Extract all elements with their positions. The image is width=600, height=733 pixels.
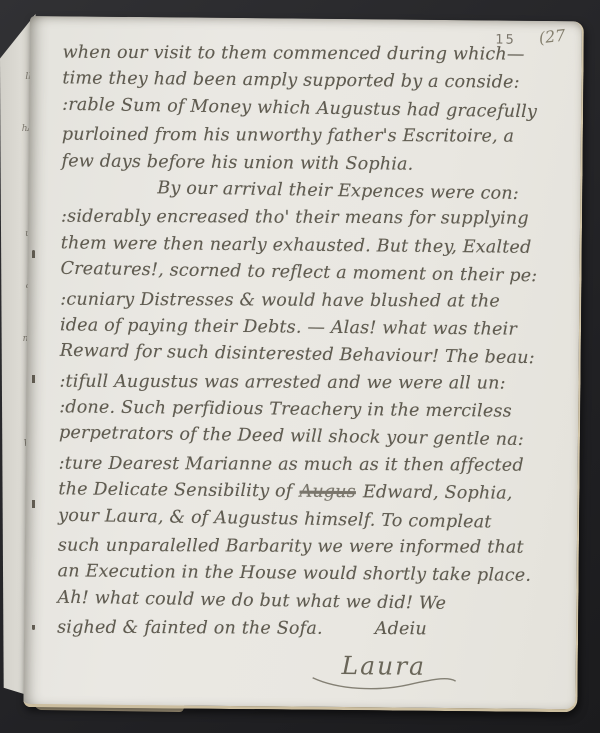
manuscript-line: :tifull Augustus was arrested and we wer… xyxy=(59,371,575,401)
manuscript-line: :ture Dearest Marianne as much as it the… xyxy=(59,454,575,484)
manuscript-page: 15 (27 when our visit to them commenced … xyxy=(23,16,584,712)
struck-out-word: Augus xyxy=(299,482,356,503)
signature-block: Laura xyxy=(309,650,459,690)
deletion-before: the Delicate Sensibility of xyxy=(58,480,292,502)
binding-stitches xyxy=(32,250,35,630)
deletion-after: Edward, Sophia, xyxy=(363,482,513,503)
manuscript-line: purloined from his unworthy father's Esc… xyxy=(62,125,578,155)
sofa-text: sighed & fainted on the Sofa. xyxy=(57,618,323,639)
signature: Laura xyxy=(341,651,426,681)
closing-word: Adeiu xyxy=(375,619,427,639)
manuscript-line: when our visit to them commenced during … xyxy=(63,43,579,73)
manuscript-line: :cuniary Distresses & would have blushed… xyxy=(60,289,576,319)
manuscript-closing-line: sighed & fainted on the Sofa.Adeiu xyxy=(57,618,573,648)
manuscript-line: such unparalelled Barbarity we were info… xyxy=(58,536,574,566)
manuscript-line: :siderably encreased tho' their means fo… xyxy=(61,207,577,237)
manuscript-text: when our visit to them commenced during … xyxy=(57,41,579,692)
